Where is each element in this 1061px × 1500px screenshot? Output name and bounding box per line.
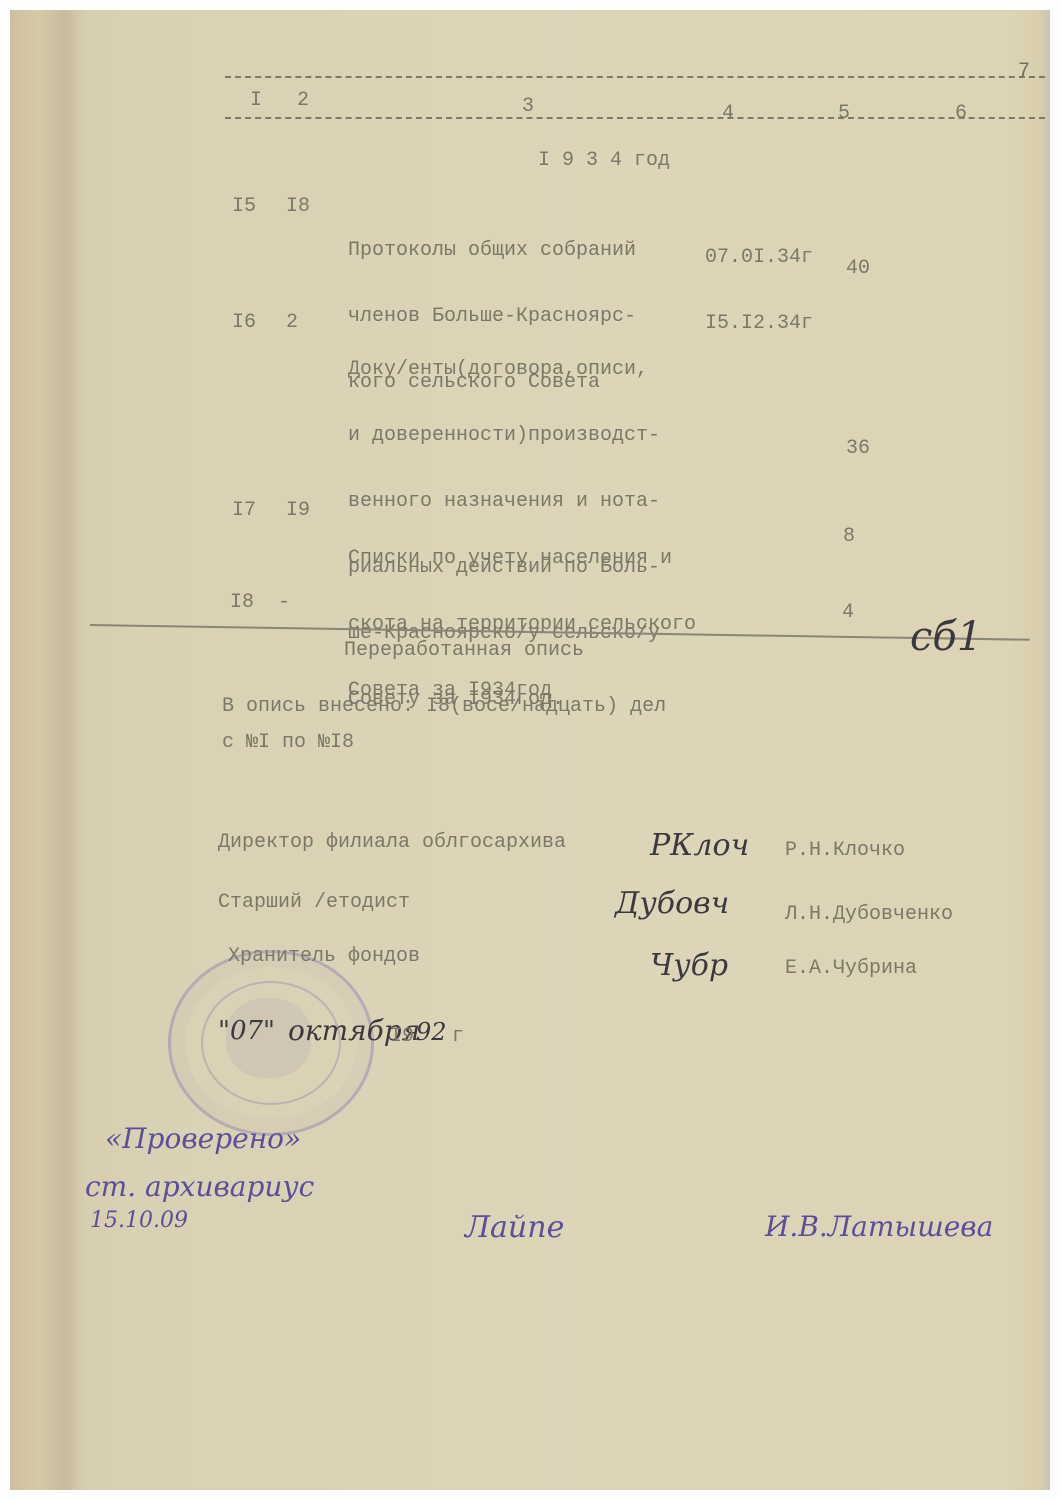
entry-number: I8 [230,592,254,614]
column-header: 4 [722,103,734,125]
sheet-count: 8 [843,526,855,548]
title-line: Доку/енты(договора,описи, [348,359,660,381]
sheet-count: 4 [842,602,854,624]
signatory-name: Л.Н.Дубовченко [785,904,953,926]
signatory-name: Р.Н.Клочко [785,840,905,862]
year-heading: I 9 3 4 год [538,150,670,172]
verification-name: И.В.Латышева [765,1210,993,1243]
signatory-role: Хранитель фондов [228,946,420,968]
margin-note-handwritten: сб1 [910,614,982,660]
signatory-role: Старший /етодист [218,892,410,914]
entry-number: I7 [232,500,256,522]
date-year-typed: I9 [390,1026,414,1048]
column-header: 6 [955,103,967,125]
verification-signature: Лайпе [465,1210,564,1245]
signature: РКлоч [650,828,749,863]
file-number: I9 [286,500,310,522]
summary-line: В опись внесено: I8(восе/надцать) дел [222,696,666,718]
archive-inventory-page: 7 I 2 3 4 5 6 I 9 3 4 год I5 I8 Протокол… [10,10,1050,1490]
page-number: 7 [1018,60,1030,83]
file-number: I8 [286,196,310,218]
column-header: I [250,90,262,112]
date-day: "07" [218,1016,275,1046]
signatory-name: Е.А.Чубрина [785,958,917,980]
date-year-handwritten: 92 [416,1018,447,1046]
entry-title: Переработанная опись [344,596,584,706]
summary-range: с №I по №I8 [222,732,354,754]
title-line: Списки по учету населения и [348,548,696,570]
sheet-count: 40 [846,258,870,280]
title-line: Протоколы общих собраний [348,240,636,262]
column-header: 2 [297,90,309,112]
sheet-count: 36 [846,438,870,460]
entry-number: I6 [232,312,256,334]
header-top-rule [225,76,1045,78]
column-header: 5 [838,103,850,125]
verification-position: ст. архивариус [85,1170,314,1203]
signatory-role: Директор филиала облгосархива [218,832,566,854]
file-number: - [278,592,290,614]
date-start: 07.0I.34г [705,247,813,269]
entry-dates: 07.0I.34г I5.I2.34г [705,203,813,379]
title-line: и доверенности)производст- [348,425,660,447]
file-number: 2 [286,312,298,334]
verification-date: 15.10.09 [90,1208,188,1233]
header-bottom-rule [225,117,1045,119]
date-suffix: г [452,1026,464,1048]
signature: Чубр [650,948,728,983]
signature: Дубовч [615,886,729,921]
column-header: 3 [522,96,534,118]
verification-title: «Проверено» [105,1122,301,1155]
date-end: I5.I2.34г [705,313,813,335]
title-line: Переработанная опись [344,640,584,662]
entry-number: I5 [232,196,256,218]
